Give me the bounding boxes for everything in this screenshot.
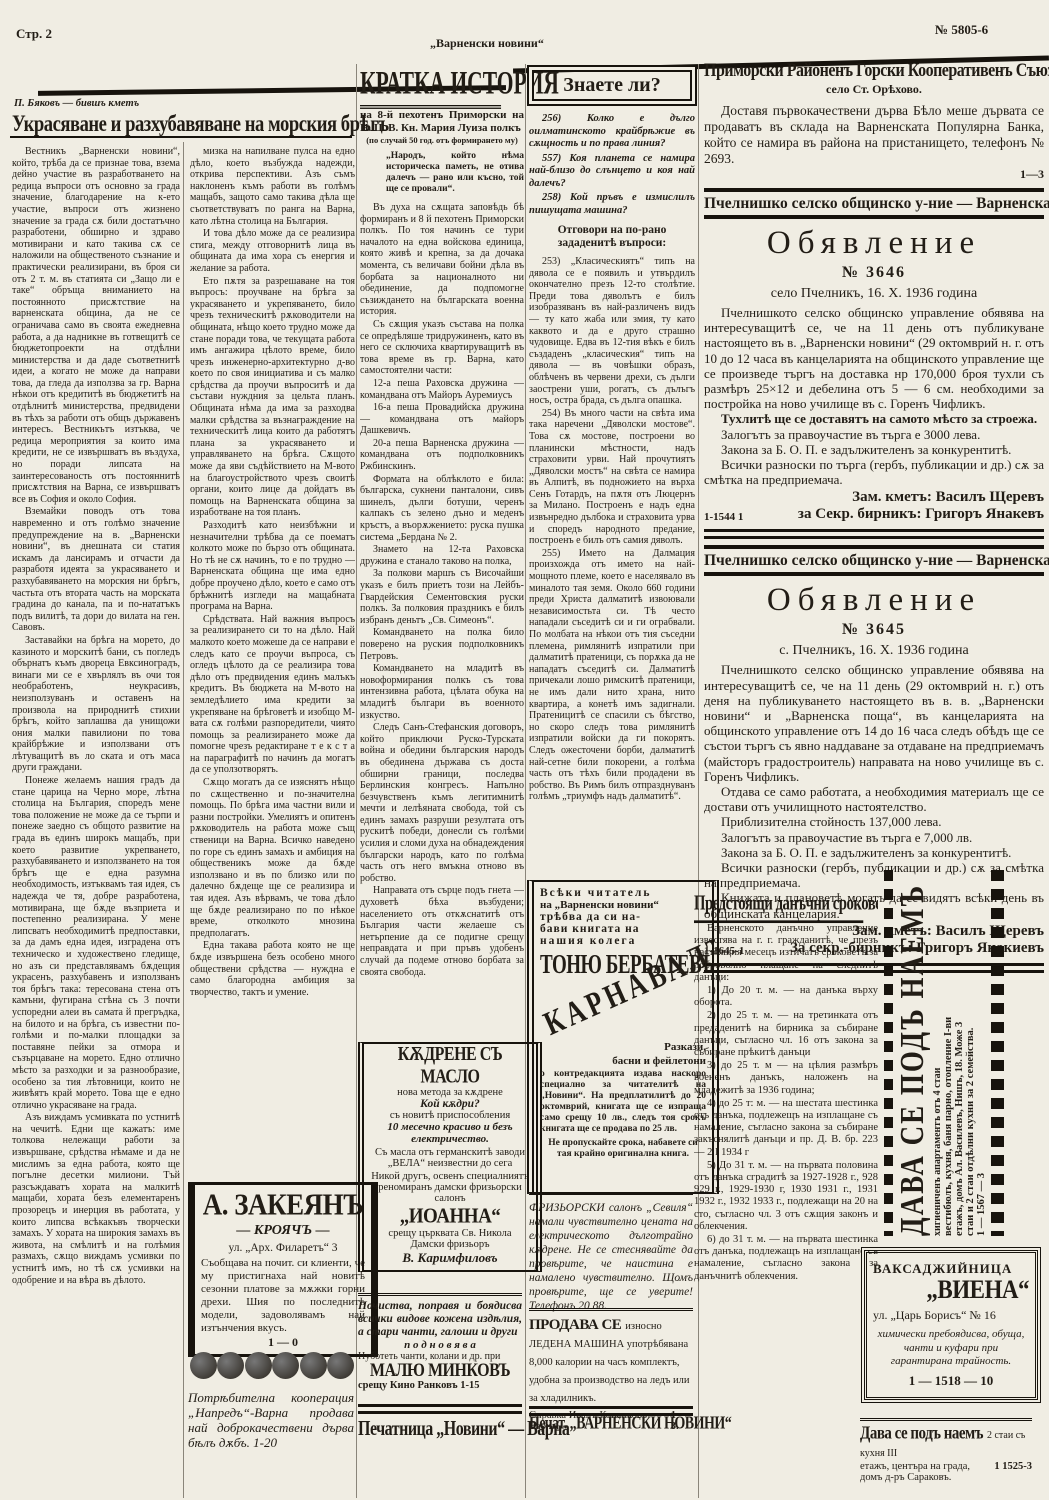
divider [704, 529, 1044, 539]
ledena-body: износно ЛЕДЕНА МАШИНА употрѣбявана 8,000… [529, 1321, 689, 1404]
viena-ad: ВАКСАДЖИЙНИЦА „ВИЕНА“ ул. „Царь Борисъ“ … [864, 1250, 1038, 1400]
tonyu-call: Не пропускайте срока, набавете си тая кр… [540, 1138, 706, 1160]
paragraph: 258) Кой пръвъ е измислилъ пишущата маши… [529, 192, 695, 217]
rent-small-ref: 1 1525-3 [994, 1461, 1032, 1483]
paragraph: 253) „Класическиятъ“ типъ на дявола се е… [529, 256, 695, 407]
announcement2-number: № 3645 [704, 621, 1044, 639]
karnaval-title-area: КАРНАВАЛЪ Разкази, басни и фейлетони [540, 973, 706, 1069]
viena-body: химически пребоядисва, обуща, чанти и ку… [873, 1328, 1029, 1369]
rental-ad-vertical: ДАВА СЕ ПОДЪ НАЕМЪ хигиениченъ апартамен… [884, 870, 1030, 1236]
ornament-circle [217, 1352, 244, 1379]
viena-address: ул. „Царь Борисъ“ № 16 [873, 1308, 1029, 1323]
zakeyan-body: Съобщава на почит. си клиенти, че му при… [201, 1257, 365, 1335]
printer-line: Печатница „Новини“ — Варна [358, 1418, 522, 1441]
column-divider [525, 64, 526, 1498]
tonyu-body: о контредакцията издава наскоро специалн… [540, 1069, 706, 1135]
tonyu-genre: басни и фейлетони [612, 1055, 706, 1067]
paragraph: Варненското данъчно управление известява… [694, 923, 878, 984]
zakeyan-ad: А. ЗАКЕЯНЪ — КРОЯЧЪ — ул. „Арх. Филаретъ… [188, 1182, 378, 1357]
paragraph: 4) до 25 т: м. — на шестата шестинка отъ… [694, 1098, 878, 1159]
ornament-circle [300, 1352, 327, 1379]
ornament-circle [190, 1352, 217, 1379]
paragraph: Вестникъ „Варненски новини“, който, трѣб… [12, 146, 180, 505]
paragraph: Закона за Б. О. П. е задължителенъ за ко… [704, 845, 1044, 860]
napred-ad: Потрѣбителна кооперация „Напредъ“-Варна … [188, 1390, 354, 1450]
rent-vertical-line: стаи и 2 стаи отдѣлни кухни за 2 семейст… [965, 870, 976, 1236]
announcement1-body: Пчелнишкото селско общинско управление о… [704, 305, 1044, 487]
malyu-body2: п о д н о в я в а [358, 1339, 522, 1351]
ioanna-name: „ИОАННА“ [369, 1205, 531, 1229]
issue-number: № 5805-6 [935, 22, 988, 38]
paragraph: Срѣдствата. Най важния въпросъ за реализ… [190, 614, 355, 776]
masthead: „Варненски новини“ [430, 36, 544, 51]
rent-vertical-ref: 1 — 1567 — 3 [976, 870, 987, 1236]
paragraph: Вземайки поводъ отъ това навременно и от… [12, 506, 180, 634]
zakeyan-ref: 1 — 0 [201, 1335, 365, 1350]
announcement2-heading: Обявление [704, 582, 1044, 619]
coop-body: Доставя първокачествени дърва Бѣло меше … [704, 103, 1044, 167]
viena-ref: 1 — 1518 — 10 [873, 1373, 1029, 1389]
quiz-questions: 256) Колко е дълго оилматинското крайбрѣ… [529, 113, 695, 217]
kadrene-line5: Никой другъ, освенъ специалниятъ реномир… [369, 1171, 531, 1204]
paragraph: Залогътъ за правоучастие въ търга е 7,00… [704, 830, 1044, 845]
paragraph: Тухлитѣ ще се доставятъ на самото мѣсто … [704, 411, 1044, 426]
paragraph: Следъ Санъ-Стефанския договоръ, който пр… [360, 722, 524, 884]
tonyu-intro: Всѣки читатель [540, 887, 706, 899]
tonyu-intro: на „Варненски новини“ [540, 899, 706, 911]
kadrene-line6: срещу църквата Св. Никола [369, 1228, 531, 1239]
rent-vertical-line: етажъ, домъ Ал. Василевъ, Нишъ, 18. Може… [954, 870, 965, 1236]
paragraph: Отдава се само работата, а необходимия м… [704, 784, 1044, 814]
paragraph: 254) Въ много части на свѣта има така на… [529, 408, 695, 547]
ornament-circle [272, 1352, 299, 1379]
announcement1-date: село Пчелникъ, 16. X. 1936 година [704, 286, 1044, 302]
column-divider [183, 142, 184, 1498]
rent-vertical-line: хигиениченъ апартаментъ отъ 4 стаи [932, 870, 943, 1236]
paragraph: Приблизителна стойность 137,000 лева. [704, 814, 1044, 829]
karimfilov-name: В. Каримфиловъ [369, 1250, 531, 1266]
paragraph: 1) До 20 т. м. — на данъка върху оборота… [694, 985, 878, 1009]
paragraph: мизка на напилване пулса на едно дѣло, к… [190, 146, 355, 227]
coop-ref: 1—3 [704, 167, 1044, 182]
history-body: Въ духа на сѫщата заповѣдь бѣ формиранъ … [360, 202, 524, 992]
kadrene-title: КѪДРЕНЕ СЪ МАСЛО [369, 1044, 531, 1089]
announcement1-heading: Обявление [704, 225, 1044, 262]
ornament-row [190, 1352, 354, 1379]
paragraph: 255) Името на Далмация произхожда отъ им… [529, 548, 695, 803]
ornament-circle [245, 1352, 272, 1379]
history-title: КРАТКА ИСТОРИЯ [360, 66, 501, 109]
square-border-left [884, 870, 893, 1236]
tax-title: Предстоящи данъчни срокове [694, 892, 863, 923]
square-border-right [991, 870, 1004, 1236]
paragraph: Формата на облѣклото е била: българска, … [360, 474, 524, 544]
ornament-circle [327, 1352, 354, 1379]
article-column-1: Вестникъ „Варненски новини“, който, трѣб… [12, 146, 180, 1494]
paragraph: 2) до 25 т. м. — на третинката отъ преда… [694, 1010, 878, 1059]
divider [358, 1404, 522, 1414]
sevilya-ad: ФРИЗЬОРСКИ салонъ „Севиля“ намали чувств… [529, 1192, 693, 1313]
rent-small-lead: Дава се подъ наемъ [860, 1424, 983, 1444]
paragraph: Въ духа на сѫщата заповѣдь бѣ формиранъ … [360, 202, 524, 318]
rent-vertical-title: ДАВА СЕ ПОДЪ НАЕМЪ [893, 870, 932, 1236]
quiz-answers-heading: Отговори на по-рано зададенитѣ въпроси: [529, 224, 695, 250]
kadrene-q: Кой кѫдри? [369, 1098, 531, 1110]
announcement2-date: с. Пчелникъ, 16. X. 1936 година [704, 643, 1044, 659]
paragraph: Пчелнишкото селско общинско управление о… [704, 305, 1044, 411]
paragraph: Командването на полка било поверено на р… [360, 627, 524, 662]
announcement1-sig1: Зам. кметъ: Василъ Щеревъ [852, 489, 1044, 505]
paragraph: 557) Коя планета се намира най-близо до … [529, 153, 695, 191]
malyu-ad: Почиства, поправя и боядисва всички видо… [358, 1293, 522, 1391]
paragraph: 5) До 31 т. м. — на първата половина отъ… [694, 1160, 878, 1233]
announcement1-ref: 1-1544 1 [704, 511, 743, 523]
paragraph: Командването на младитѣ въ новоформирани… [360, 663, 524, 721]
rent-vertical-line: вестибюлъ, кухня, баня парно, отопление … [943, 870, 954, 1236]
malyu-body: Почиства, поправя и боядисва всички видо… [358, 1300, 522, 1339]
quiz-answers: 253) „Класическиятъ“ типъ на дявола се е… [529, 256, 695, 816]
coop-title: Приморски Районенъ Горски Кооперативенъ … [704, 60, 1044, 82]
paragraph: 12-а пеша Раховска дружина — командвана … [360, 378, 524, 401]
paragraph: Разходитѣ като неизбѣжни и незначителни … [190, 520, 355, 613]
announcement1-sig2: за Секр. бирникъ: Григоръ Янакевъ [798, 506, 1044, 522]
newspaper-page: Стр. 2 „Варненски новини“ № 5805-6 П. Бя… [0, 0, 1049, 1500]
paragraph: Пчелнишкото селско общинско управление о… [704, 662, 1044, 784]
kadrene-line3: 10 месечно красиво и безъ електричество. [369, 1121, 531, 1145]
viena-name: „ВИЕНА“ [873, 1275, 1029, 1305]
article-kicker: П. Бяковъ — бившъ кметъ [14, 98, 139, 109]
kadrene-line2: съ новитѣ приспособления [369, 1110, 531, 1121]
zakeyan-address: ул. „Арх. Филаретъ“ 3 [201, 1242, 365, 1254]
tonyu-intro: трѣбва да си на- [540, 911, 706, 923]
paragraph: 20-а пеша Варненска дружина — командвана… [360, 438, 524, 473]
tax-section: Предстоящи данъчни срокове Варненското д… [694, 892, 878, 1498]
ledena-lead: ПРОДАВА СЕ [529, 1317, 621, 1333]
article-headline: Украсяване и разхубавяване на морския бр… [12, 111, 334, 138]
paragraph: Една такава работа която не ще бѫде извъ… [190, 940, 355, 998]
history-epigraph: „Народъ, който нѣма историческа паметь, … [386, 151, 524, 195]
paragraph: Залогътъ за правоучастие въ търга е 3000… [704, 427, 1044, 442]
paragraph: Заставайки на брѣга на морето, до казино… [12, 635, 180, 774]
paragraph: 16-а пеша Провадийска дружина — командва… [360, 402, 524, 437]
paragraph: Съ сѫщия указъ състава на полка се опред… [360, 319, 524, 377]
paragraph: 3) до 25 т. м — на цѣлия размѣръ воененъ… [694, 1060, 878, 1097]
kadrene-line1: нова метода за кѫдрене [369, 1087, 531, 1098]
coop-subtitle: село Ст. Орѣхово. [704, 82, 1044, 97]
tonyu-intro: бави книгата на [540, 923, 706, 935]
kadrene-line7: Дамски фризьоръ [369, 1239, 531, 1250]
paragraph: Направата отъ сърце подъ гнета — духовет… [360, 885, 524, 978]
paragraph: Азъ виждамъ усмивката по устнитѣ на чечи… [12, 1112, 180, 1286]
ioanna-ad: КѪДРЕНЕ СЪ МАСЛО нова метода за кѫдрене … [358, 1042, 542, 1272]
paragraph: Всички разноски по търга (гербъ, публика… [704, 457, 1044, 487]
zakeyan-role: — КРОЯЧЪ — [201, 1223, 365, 1239]
quiz-title: Знаете ли? [532, 70, 692, 101]
tonyu-book-ad: Всѣки читатель на „Варненски новини“ трѣ… [527, 880, 719, 1194]
paragraph: И това дѣло може да се реализира стига, … [190, 228, 355, 274]
paragraph: 6) до 31 т. м. — на първата шестинка отъ… [694, 1234, 878, 1283]
paragraph: Ето пѫтя за разрешаване на тоя въпросъ: … [190, 276, 355, 519]
headline-rule [10, 136, 352, 138]
paragraph: Знамето на 12-та Раховска дружина е стан… [360, 544, 524, 567]
paragraph: Понеже желаемъ нашия градъ да стане цари… [12, 775, 180, 1111]
printer-line-2: Печат. „ВАРНЕНСКИ НОВИНИ“ [529, 1414, 693, 1435]
page-number: Стр. 2 [16, 26, 52, 42]
paragraph: За полкови маршъ съ Височайши указъ е би… [360, 568, 524, 626]
article-column-2: мизка на напилване пулса на едно дѣло, к… [190, 146, 355, 1146]
kadrene-line4: Съ масла отъ германскитѣ заводи „ВЕЛА“ н… [369, 1147, 531, 1169]
announcement1-number: № 3646 [704, 264, 1044, 282]
paragraph: Закона за Б. О. П. е задължителенъ за ко… [704, 442, 1044, 457]
tax-body: Варненското данъчно управление известява… [694, 923, 878, 1283]
malyu-name: МАЛЮ МИНКОВЪ [358, 1360, 522, 1382]
municipal-bar-1: Пчелнишко селско общинско у-ние — Варнен… [704, 188, 1044, 219]
paragraph: 256) Колко е дълго оилматинското крайбрѣ… [529, 113, 695, 151]
zakeyan-name: А. ЗАКЕЯНЪ [201, 1187, 365, 1223]
paragraph: Сѫщо могатъ да се изяснятъ нѣщо по сѫщес… [190, 777, 355, 939]
history-subtitle: на 8-й пехотенъ Приморски на Н. Ц. В. Кн… [360, 109, 524, 134]
municipal-bar-2: Пчелнишко селско общинско у-ние — Варнен… [704, 545, 1044, 576]
history-note: (по случай 50 год. отъ формирането му) [360, 135, 524, 145]
rent-small-body: етажъ, центъра на града, домъ д-ръ Сарак… [860, 1461, 994, 1483]
rent-small-ad: Дава се подъ наемъ 2 стаи съ кухня III е… [860, 1418, 1032, 1483]
